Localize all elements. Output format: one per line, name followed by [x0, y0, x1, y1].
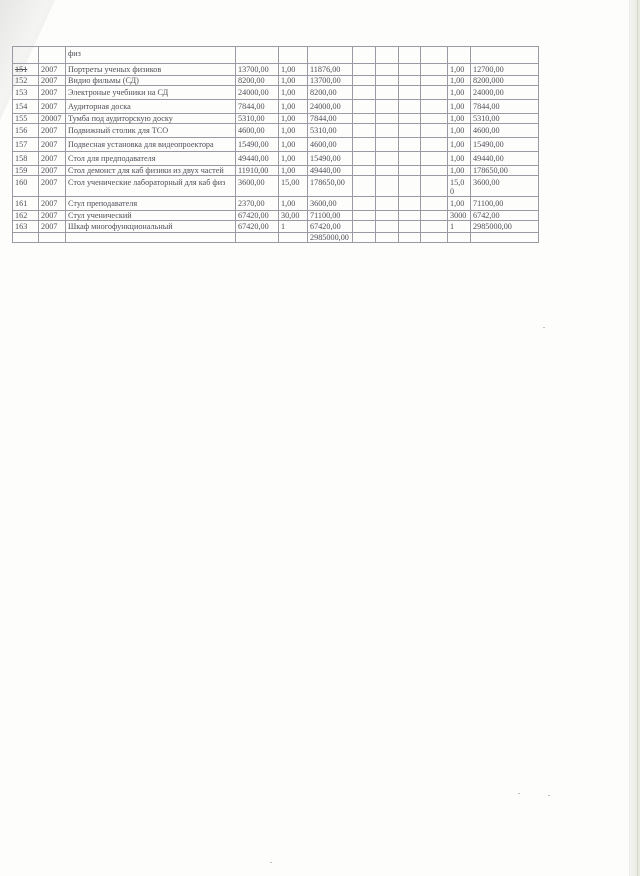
col-7-cell	[353, 176, 376, 197]
quantity-cell: 1,00	[279, 114, 308, 124]
col-8-cell	[376, 211, 399, 221]
empty-cell	[421, 233, 448, 243]
table-row: 1562007Подвижный столик для ТСО4600,001,…	[13, 124, 539, 138]
quantity-2-cell: 1,00	[448, 86, 471, 100]
quantity-cell: 1,00	[279, 64, 308, 76]
amount-cell: 4600,00	[308, 138, 353, 152]
year-cell: 2007	[39, 221, 66, 233]
amount-2-cell: 2985000,00	[471, 221, 539, 233]
header-cell	[308, 47, 353, 64]
empty-cell	[448, 233, 471, 243]
quantity-cell: 1,00	[279, 76, 308, 86]
header-cell	[236, 47, 279, 64]
item-name-cell: Стул ученический	[66, 211, 236, 221]
col-10-cell	[421, 221, 448, 233]
amount-2-cell: 4600,00	[471, 124, 539, 138]
quantity-2-cell: 1,00	[448, 100, 471, 114]
col-10-cell	[421, 76, 448, 86]
quantity-2-cell: 1,00	[448, 166, 471, 176]
amount-cell: 15490,00	[308, 152, 353, 166]
amount-2-cell: 12700,00	[471, 64, 539, 76]
row-number-cell: 159	[13, 166, 39, 176]
empty-cell	[13, 233, 39, 243]
item-name-cell: Стол для предподавателя	[66, 152, 236, 166]
col-9-cell	[399, 197, 421, 211]
item-name-cell: Стол ученические лабораторный для каб фи…	[66, 176, 236, 197]
amount-cell: 7844,00	[308, 114, 353, 124]
quantity-2-cell: 1,00	[448, 197, 471, 211]
unit-price-cell: 11910,00	[236, 166, 279, 176]
empty-cell	[376, 233, 399, 243]
table-header-row: физ	[13, 47, 539, 64]
year-cell: 2007	[39, 176, 66, 197]
table-row: 1532007Электроные учебники на СД24000,00…	[13, 86, 539, 100]
unit-price-cell: 13700,00	[236, 64, 279, 76]
amount-cell: 11876,00	[308, 64, 353, 76]
header-cell	[279, 47, 308, 64]
item-name-cell: Подвижный столик для ТСО	[66, 124, 236, 138]
unit-price-cell: 4600,00	[236, 124, 279, 138]
table-row: 1632007Шкаф многофункциональный67420,001…	[13, 221, 539, 233]
col-9-cell	[399, 76, 421, 86]
col-7-cell	[353, 197, 376, 211]
amount-2-cell: 49440,00	[471, 152, 539, 166]
table-row: 1602007Стол ученические лабораторный для…	[13, 176, 539, 197]
unit-price-cell: 67420,00	[236, 211, 279, 221]
item-name-cell: Подвесная установка для видеопроектора	[66, 138, 236, 152]
year-cell: 2007	[39, 100, 66, 114]
table-row: 1572007Подвесная установка для видеопрое…	[13, 138, 539, 152]
unit-price-cell: 2370,00	[236, 197, 279, 211]
quantity-2-cell: 3000	[448, 211, 471, 221]
col-10-cell	[421, 211, 448, 221]
year-cell: 2007	[39, 152, 66, 166]
amount-2-cell: 8200,000	[471, 76, 539, 86]
scan-speck	[270, 862, 272, 863]
quantity-cell: 30,00	[279, 211, 308, 221]
empty-cell	[39, 233, 66, 243]
item-name-cell: Аудиторная доска	[66, 100, 236, 114]
col-9-cell	[399, 124, 421, 138]
col-10-cell	[421, 176, 448, 197]
col-9-cell	[399, 100, 421, 114]
col-10-cell	[421, 64, 448, 76]
scan-speck	[518, 793, 520, 794]
col-7-cell	[353, 76, 376, 86]
quantity-cell: 1,00	[279, 152, 308, 166]
row-number-cell: 163	[13, 221, 39, 233]
amount-cell: 67420,00	[308, 221, 353, 233]
table-row: 1542007Аудиторная доска7844,001,0024000,…	[13, 100, 539, 114]
table-row: 1582007Стол для предподавателя49440,001,…	[13, 152, 539, 166]
amount-2-cell: 6742,00	[471, 211, 539, 221]
row-number-cell: 157	[13, 138, 39, 152]
quantity-2-cell: 1,00	[448, 138, 471, 152]
unit-price-cell: 5310,00	[236, 114, 279, 124]
row-number-cell: 151	[13, 64, 39, 76]
col-10-cell	[421, 138, 448, 152]
quantity-cell: 15,00	[279, 176, 308, 197]
total-amount: 2985000,00	[308, 233, 353, 243]
year-cell: 2007	[39, 64, 66, 76]
quantity-cell: 1,00	[279, 124, 308, 138]
col-8-cell	[376, 176, 399, 197]
col-8-cell	[376, 114, 399, 124]
year-cell: 2007	[39, 166, 66, 176]
amount-2-cell: 3600,00	[471, 176, 539, 197]
col-8-cell	[376, 152, 399, 166]
row-number-cell: 158	[13, 152, 39, 166]
table-row: 15520007Тумба под аудиторскую доску5310,…	[13, 114, 539, 124]
table-row: 1592007Стол демонст для каб физики из дв…	[13, 166, 539, 176]
amount-2-cell: 24000,00	[471, 86, 539, 100]
col-10-cell	[421, 114, 448, 124]
inventory-table: физ 1512007Портреты ученых физиков13700,…	[12, 46, 539, 243]
col-8-cell	[376, 166, 399, 176]
row-number-cell: 155	[13, 114, 39, 124]
col-7-cell	[353, 86, 376, 100]
col-7-cell	[353, 152, 376, 166]
row-number-cell: 162	[13, 211, 39, 221]
row-number-cell: 153	[13, 86, 39, 100]
header-cell	[399, 47, 421, 64]
table-row: 1522007Видио фильмы (СД)8200,001,0013700…	[13, 76, 539, 86]
quantity-cell: 1	[279, 221, 308, 233]
empty-cell	[236, 233, 279, 243]
col-9-cell	[399, 211, 421, 221]
year-cell: 2007	[39, 86, 66, 100]
amount-2-cell: 15490,00	[471, 138, 539, 152]
empty-cell	[353, 233, 376, 243]
total-row: 2985000,00	[13, 233, 539, 243]
col-7-cell	[353, 64, 376, 76]
row-number-cell: 156	[13, 124, 39, 138]
quantity-2-cell: 1,00	[448, 124, 471, 138]
table-row: 1612007Стул преподавателя2370,001,003600…	[13, 197, 539, 211]
year-cell: 20007	[39, 114, 66, 124]
quantity-cell: 1,00	[279, 197, 308, 211]
col-7-cell	[353, 114, 376, 124]
year-cell: 2007	[39, 197, 66, 211]
col-8-cell	[376, 138, 399, 152]
header-cell	[421, 47, 448, 64]
item-name-cell: Шкаф многофункциональный	[66, 221, 236, 233]
amount-2-cell: 7844,00	[471, 100, 539, 114]
item-name-cell: Тумба под аудиторскую доску	[66, 114, 236, 124]
col-7-cell	[353, 124, 376, 138]
amount-2-cell: 5310,00	[471, 114, 539, 124]
col-10-cell	[421, 86, 448, 100]
col-7-cell	[353, 211, 376, 221]
col-8-cell	[376, 197, 399, 211]
unit-price-cell: 49440,00	[236, 152, 279, 166]
quantity-cell: 1,00	[279, 86, 308, 100]
header-cell	[376, 47, 399, 64]
unit-price-cell: 67420,00	[236, 221, 279, 233]
col-9-cell	[399, 86, 421, 100]
col-9-cell	[399, 166, 421, 176]
col-9-cell	[399, 64, 421, 76]
year-cell: 2007	[39, 124, 66, 138]
col-8-cell	[376, 64, 399, 76]
quantity-2-cell: 1,00	[448, 152, 471, 166]
col-8-cell	[376, 76, 399, 86]
scan-speck	[548, 795, 550, 796]
amount-cell: 8200,00	[308, 86, 353, 100]
row-number-cell: 154	[13, 100, 39, 114]
empty-cell	[399, 233, 421, 243]
unit-price-cell: 3600,00	[236, 176, 279, 197]
quantity-cell: 1,00	[279, 166, 308, 176]
col-8-cell	[376, 100, 399, 114]
col-7-cell	[353, 138, 376, 152]
empty-cell	[279, 233, 308, 243]
header-cell	[448, 47, 471, 64]
amount-cell: 5310,00	[308, 124, 353, 138]
row-number-cell: 160	[13, 176, 39, 197]
col-9-cell	[399, 221, 421, 233]
quantity-cell: 1,00	[279, 100, 308, 114]
row-number-cell: 161	[13, 197, 39, 211]
year-cell: 2007	[39, 76, 66, 86]
amount-cell: 13700,00	[308, 76, 353, 86]
unit-price-cell: 8200,00	[236, 76, 279, 86]
amount-2-cell: 178650,00	[471, 166, 539, 176]
header-cell	[39, 47, 66, 64]
amount-cell: 3600,00	[308, 197, 353, 211]
col-8-cell	[376, 221, 399, 233]
col-10-cell	[421, 166, 448, 176]
unit-price-cell: 24000,00	[236, 86, 279, 100]
quantity-2-cell: 1	[448, 221, 471, 233]
table-row: 1622007Стул ученический67420,0030,007110…	[13, 211, 539, 221]
scan-speck	[543, 327, 545, 328]
quantity-2-cell: 1,00	[448, 76, 471, 86]
col-9-cell	[399, 138, 421, 152]
empty-cell	[471, 233, 539, 243]
col-8-cell	[376, 86, 399, 100]
item-name-cell: Портреты ученых физиков	[66, 64, 236, 76]
header-cell	[13, 47, 39, 64]
amount-cell: 71100,00	[308, 211, 353, 221]
page-edge	[629, 0, 640, 876]
col-10-cell	[421, 100, 448, 114]
amount-2-cell: 71100,00	[471, 197, 539, 211]
unit-price-cell: 7844,00	[236, 100, 279, 114]
empty-cell	[66, 233, 236, 243]
col-10-cell	[421, 197, 448, 211]
header-cell	[353, 47, 376, 64]
quantity-cell: 1,00	[279, 138, 308, 152]
col-10-cell	[421, 152, 448, 166]
item-name-cell: Стул преподавателя	[66, 197, 236, 211]
table-row: 1512007Портреты ученых физиков13700,001,…	[13, 64, 539, 76]
col-9-cell	[399, 176, 421, 197]
item-name-cell: Электроные учебники на СД	[66, 86, 236, 100]
col-9-cell	[399, 114, 421, 124]
amount-cell: 178650,00	[308, 176, 353, 197]
item-name-cell: Стол демонст для каб физики из двух част…	[66, 166, 236, 176]
amount-cell: 24000,00	[308, 100, 353, 114]
col-10-cell	[421, 124, 448, 138]
col-9-cell	[399, 152, 421, 166]
amount-cell: 49440,00	[308, 166, 353, 176]
quantity-2-cell: 1,00	[448, 114, 471, 124]
col-7-cell	[353, 166, 376, 176]
header-cell	[471, 47, 539, 64]
col-7-cell	[353, 100, 376, 114]
year-cell: 2007	[39, 138, 66, 152]
quantity-2-cell: 1,00	[448, 64, 471, 76]
col-8-cell	[376, 124, 399, 138]
header-cell: физ	[66, 47, 236, 64]
row-number-cell: 152	[13, 76, 39, 86]
unit-price-cell: 15490,00	[236, 138, 279, 152]
item-name-cell: Видио фильмы (СД)	[66, 76, 236, 86]
quantity-2-cell: 15,0 0	[448, 176, 471, 197]
col-7-cell	[353, 221, 376, 233]
year-cell: 2007	[39, 211, 66, 221]
